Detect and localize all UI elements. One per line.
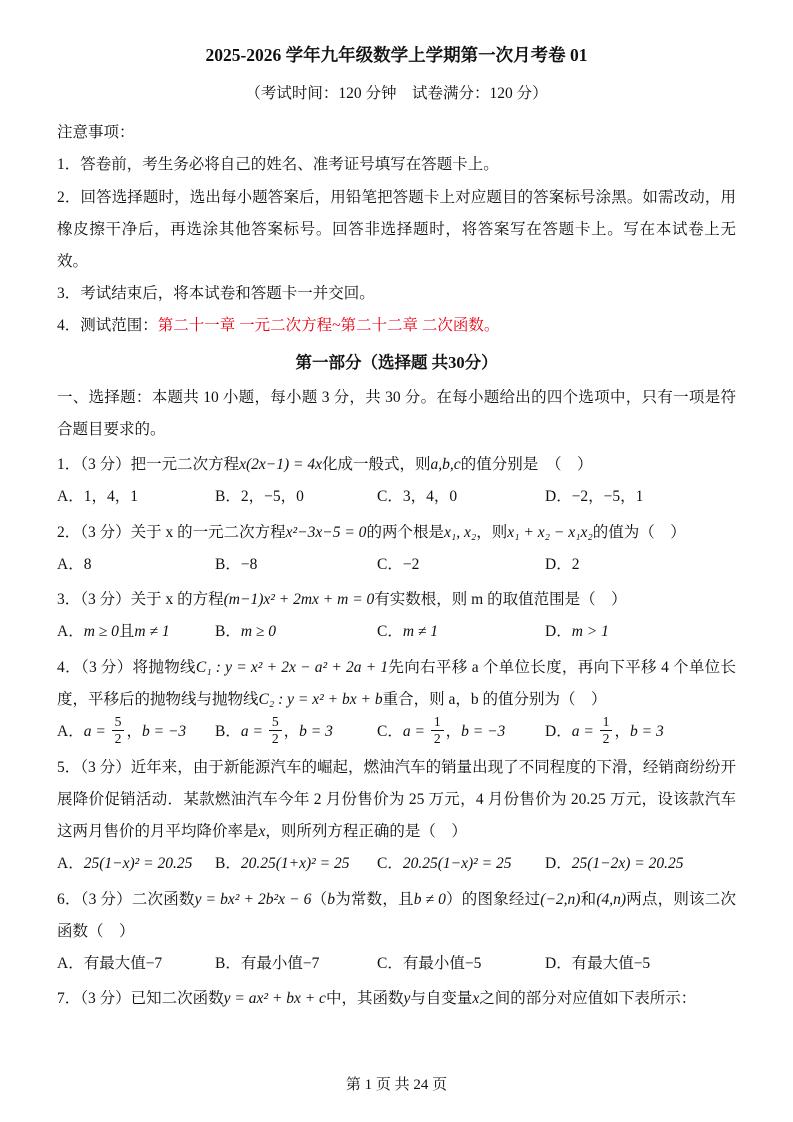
- question-2-option-a: A．8: [57, 549, 215, 581]
- notice-item-4-prefix: 4．测试范围：: [57, 317, 158, 334]
- exam-page: 2025-2026 学年九年级数学上学期第一次月考卷 01 （考试时间：120 …: [0, 0, 793, 1122]
- notice-item-1: 1．答卷前，考生务必将自己的姓名、准考证号填写在答题卡上。: [57, 149, 736, 181]
- exam-content: 2025-2026 学年九年级数学上学期第一次月考卷 01 （考试时间：120 …: [0, 0, 793, 1016]
- question-5-option-c: C．20.25(1−x)² = 25: [377, 848, 545, 880]
- exam-title: 2025-2026 学年九年级数学上学期第一次月考卷 01: [57, 42, 736, 68]
- question-4-option-b: B．a = 52，b = 3: [215, 716, 377, 749]
- question-6-options: A．有最大值−7 B．有最小值−7 C．有最小值−5 D．有最大值−5: [57, 948, 736, 980]
- notice-item-2: 2．回答选择题时，选出每小题答案后，用铅笔把答题卡上对应题目的答案标号涂黑。如需…: [57, 182, 736, 279]
- question-1-option-d: D．−2，−5，1: [545, 481, 736, 513]
- question-1: 1．（3 分）把一元二次方程x(2x−1) = 4x化成一般式，则a,b,c的值…: [57, 449, 736, 513]
- question-7-stem: 7．（3 分）已知二次函数y = ax² + bx + c中，其函数y与自变量x…: [57, 983, 736, 1015]
- question-4-option-d: D．a = 12，b = 3: [545, 716, 736, 749]
- question-5-option-d: D．25(1−2x) = 20.25: [545, 848, 736, 880]
- test-scope-text: 第二十一章 一元二次方程~第二十二章 二次函数。: [158, 317, 500, 334]
- question-6-stem: 6．（3 分）二次函数y = bx² + 2b²x − 6（b为常数，且b ≠ …: [57, 884, 736, 948]
- question-1-option-c: C．3，4，0: [377, 481, 545, 513]
- question-3-stem: 3．（3 分）关于 x 的方程(m−1)x² + 2mx + m = 0有实数根…: [57, 584, 736, 616]
- question-3-option-b: B．m ≥ 0: [215, 616, 377, 648]
- exam-subtitle: （考试时间：120 分钟 试卷满分：120 分）: [57, 82, 736, 107]
- notice-heading: 注意事项：: [57, 117, 736, 149]
- question-3-option-c: C．m ≠ 1: [377, 616, 545, 648]
- question-2-stem: 2．（3 分）关于 x 的一元二次方程x²−3x−5 = 0的两个根是x₁, x…: [57, 517, 736, 549]
- question-4-option-c: C．a = 12，b = −3: [377, 716, 545, 749]
- notice-item-3: 3．考试结束后，将本试卷和答题卡一并交回。: [57, 278, 736, 310]
- question-4-option-a: A．a = 52，b = −3: [57, 716, 215, 749]
- question-5-option-a: A．25(1−x)² = 20.25: [57, 848, 215, 880]
- section-1-intro: 一、选择题：本题共 10 小题，每小题 3 分，共 30 分。在每小题给出的四个…: [57, 382, 736, 446]
- question-6-option-b: B．有最小值−7: [215, 948, 377, 980]
- question-4-options: A．a = 52，b = −3 B．a = 52，b = 3 C．a = 12，…: [57, 716, 736, 749]
- question-1-option-b: B．2，−5，0: [215, 481, 377, 513]
- page-footer: 第 1 页 共 24 页: [0, 1073, 793, 1094]
- question-6: 6．（3 分）二次函数y = bx² + 2b²x − 6（b为常数，且b ≠ …: [57, 884, 736, 981]
- question-6-option-c: C．有最小值−5: [377, 948, 545, 980]
- question-1-stem: 1．（3 分）把一元二次方程x(2x−1) = 4x化成一般式，则a,b,c的值…: [57, 449, 736, 481]
- question-2-option-b: B．−8: [215, 549, 377, 581]
- question-2-option-c: C．−2: [377, 549, 545, 581]
- section-1-heading: 第一部分（选择题 共30分）: [57, 346, 736, 379]
- notice-item-4: 4．测试范围：第二十一章 一元二次方程~第二十二章 二次函数。: [57, 310, 736, 342]
- question-2-options: A．8 B．−8 C．−2 D．2: [57, 549, 736, 581]
- question-7: 7．（3 分）已知二次函数y = ax² + bx + c中，其函数y与自变量x…: [57, 983, 736, 1015]
- question-3-option-d: D．m > 1: [545, 616, 736, 648]
- question-5-option-b: B．20.25(1+x)² = 25: [215, 848, 377, 880]
- question-6-option-a: A．有最大值−7: [57, 948, 215, 980]
- question-4-stem: 4．（3 分）将抛物线C₁ : y = x² + 2x − a² + 2a + …: [57, 652, 736, 716]
- question-3-options: A．m ≥ 0且m ≠ 1 B．m ≥ 0 C．m ≠ 1 D．m > 1: [57, 616, 736, 648]
- question-4: 4．（3 分）将抛物线C₁ : y = x² + 2x − a² + 2a + …: [57, 652, 736, 749]
- question-1-option-a: A．1，4，1: [57, 481, 215, 513]
- question-6-option-d: D．有最大值−5: [545, 948, 736, 980]
- question-1-options: A．1，4，1 B．2，−5，0 C．3，4，0 D．−2，−5，1: [57, 481, 736, 513]
- question-5-options: A．25(1−x)² = 20.25 B．20.25(1+x)² = 25 C．…: [57, 848, 736, 880]
- question-5: 5．（3 分）近年来，由于新能源汽车的崛起，燃油汽车的销量出现了不同程度的下滑，…: [57, 752, 736, 881]
- question-3-option-a: A．m ≥ 0且m ≠ 1: [57, 616, 215, 648]
- question-2-option-d: D．2: [545, 549, 736, 581]
- question-5-stem: 5．（3 分）近年来，由于新能源汽车的崛起，燃油汽车的销量出现了不同程度的下滑，…: [57, 752, 736, 849]
- question-3: 3．（3 分）关于 x 的方程(m−1)x² + 2mx + m = 0有实数根…: [57, 584, 736, 648]
- question-2: 2．（3 分）关于 x 的一元二次方程x²−3x−5 = 0的两个根是x₁, x…: [57, 517, 736, 581]
